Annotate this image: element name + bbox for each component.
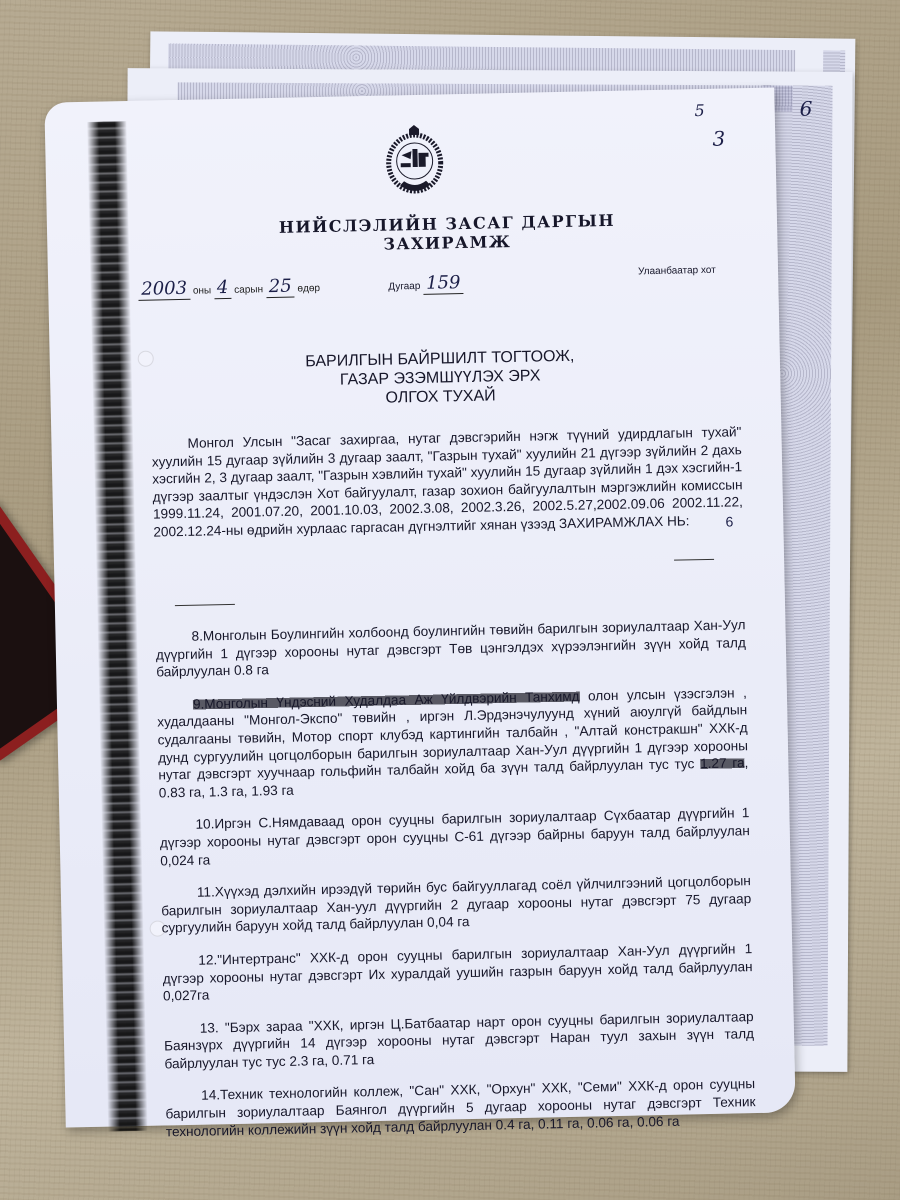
scan-streak xyxy=(87,121,148,1132)
organization-title: НИЙСЛЭЛИЙН ЗАСАГ ДАРГЫН ЗАХИРАМЖ xyxy=(237,210,658,257)
decree-heading: БАРИЛГЫН БАЙРШИЛТ ТОГТООЖ, ГАЗАР ЭЗЭМШҮҮ… xyxy=(280,346,601,410)
handwritten-page-number: 3 xyxy=(712,127,725,151)
date-day: 25 xyxy=(266,276,295,299)
list-item: 11.Хүүхэд дэлхийн ирээдүй төрийн бус бай… xyxy=(161,872,752,937)
list-item: 9.Монголын Үндэсний Худалдаа Аж Үйлдвэри… xyxy=(157,684,749,802)
margin-handwritten-mark: 6 xyxy=(725,513,733,529)
list-item: 8.Монголын Боулингийн холбоонд боулингий… xyxy=(155,616,746,681)
list-item: 10.Иргэн С.Нямдаваад орон сууцны барилгы… xyxy=(159,804,750,869)
handwritten-mark: 5 xyxy=(694,101,705,120)
list-item: 13. "Бэрх зараа "ХХК, иргэн Ц.Батбаатар … xyxy=(164,1008,755,1073)
list-item: 12."Интертранс" ХХК-д орон сууцны барилг… xyxy=(162,940,753,1005)
date-month: 4 xyxy=(214,277,232,299)
decree-page: 5 3 НИЙСЛЭЛИЙН ЗАСАГ ДАРГЫН ЗАХИРАМЖ 200… xyxy=(44,87,795,1127)
handwritten-mark-back-2: 6 xyxy=(800,97,813,121)
list-item: 14.Техник технологийн коллеж, "Сан" ХХК,… xyxy=(165,1076,756,1141)
state-emblem-icon xyxy=(385,124,444,197)
decree-date: 2003 оны 4 сарын 25 өдөр xyxy=(138,275,320,300)
decree-number: Дугаар 159 xyxy=(388,272,464,295)
preamble: Монгол Улсын "Засаг захиргаа, нутаг дэвс… xyxy=(151,423,743,541)
marked-text: 1.27 га xyxy=(700,755,745,771)
location: Улаанбаатар хот xyxy=(638,265,716,278)
date-year: 2003 xyxy=(138,278,190,301)
divider xyxy=(674,559,714,561)
decree-items: 8.Монголын Боулингийн холбоонд боулингий… xyxy=(154,568,756,1155)
punch-hole xyxy=(138,351,154,367)
